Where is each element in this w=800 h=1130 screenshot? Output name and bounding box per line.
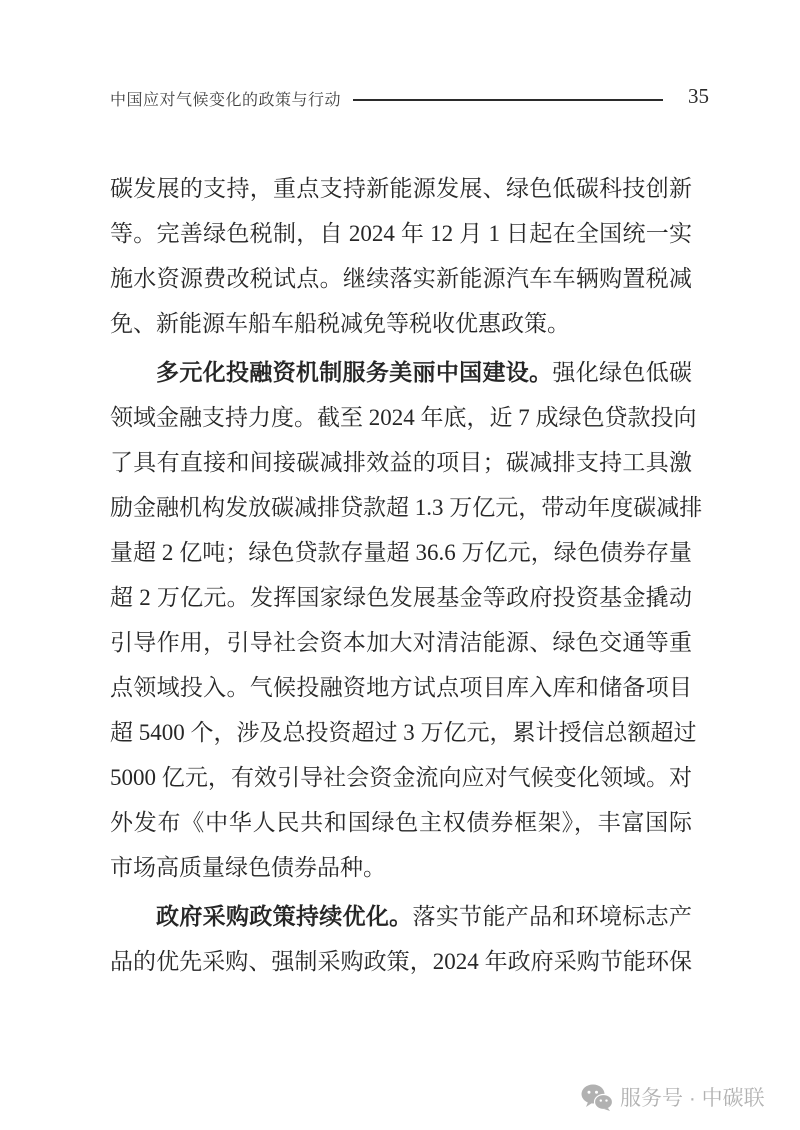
wechat-icon [581,1084,613,1111]
page-number: 35 [688,84,709,109]
text-line: 5000 亿元，有效引导社会资金流向应对气候变化领域。对 [110,755,692,800]
paragraph: 多元化投融资机制服务美丽中国建设。强化绿色低碳 领域金融支持力度。截至 2024… [110,350,692,890]
text-line: 超 5400 个，涉及总投资超过 3 万亿元，累计授信总额超过 [110,710,692,755]
header-title: 中国应对气候变化的政策与行动 [110,87,341,110]
text-line: 励金融机构发放碳减排贷款超 1.3 万亿元，带动年度碳减排 [110,485,692,530]
paragraph: 碳发展的支持，重点支持新能源发展、绿色低碳科技创新 等。完善绿色税制，自 202… [110,166,692,346]
text-line: 碳发展的支持，重点支持新能源发展、绿色低碳科技创新 [110,166,692,211]
text-line: 政府采购政策持续优化。落实节能产品和环境标志产 [110,894,692,939]
text-line: 超 2 万亿元。发挥国家绿色发展基金等政府投资基金撬动 [110,575,692,620]
paragraph-lead: 政府采购政策持续优化。 [156,904,413,929]
text-line: 多元化投融资机制服务美丽中国建设。强化绿色低碳 [110,350,692,395]
text-segment: 强化绿色低碳 [552,360,692,385]
text-line: 品的优先采购、强制采购政策，2024 年政府采购节能环保 [110,939,692,984]
text-line: 外发布《中华人民共和国绿色主权债券框架》，丰富国际 [110,800,692,845]
paragraph: 政府采购政策持续优化。落实节能产品和环境标志产 品的优先采购、强制采购政策，20… [110,894,692,984]
text-segment: 落实节能产品和环境标志产 [413,904,693,929]
document-page: 中国应对气候变化的政策与行动 35 碳发展的支持，重点支持新能源发展、绿色低碳科… [0,0,800,1130]
text-line: 施水资源费改税试点。继续落实新能源汽车车辆购置税减 [110,256,692,301]
text-line: 了具有直接和间接碳减排效益的项目；碳减排支持工具激 [110,440,692,485]
text-line: 领域金融支持力度。截至 2024 年底，近 7 成绿色贷款投向 [110,395,692,440]
text-line: 等。完善绿色税制，自 2024 年 12 月 1 日起在全国统一实 [110,211,692,256]
text-line: 点领域投入。气候投融资地方试点项目库入库和储备项目 [110,665,692,710]
header-rule [353,99,663,101]
watermark-label: 服务号 · 中碳联 [620,1082,765,1112]
text-line: 市场高质量绿色债券品种。 [110,845,692,890]
wechat-watermark: 服务号 · 中碳联 [581,1082,765,1112]
body-text: 碳发展的支持，重点支持新能源发展、绿色低碳科技创新 等。完善绿色税制，自 202… [110,166,692,984]
paragraph-lead: 多元化投融资机制服务美丽中国建设。 [156,360,552,385]
text-line: 免、新能源车船车船税减免等税收优惠政策。 [110,301,692,346]
text-line: 引导作用，引导社会资本加大对清洁能源、绿色交通等重 [110,620,692,665]
text-line: 量超 2 亿吨；绿色贷款存量超 36.6 万亿元，绿色债券存量 [110,530,692,575]
